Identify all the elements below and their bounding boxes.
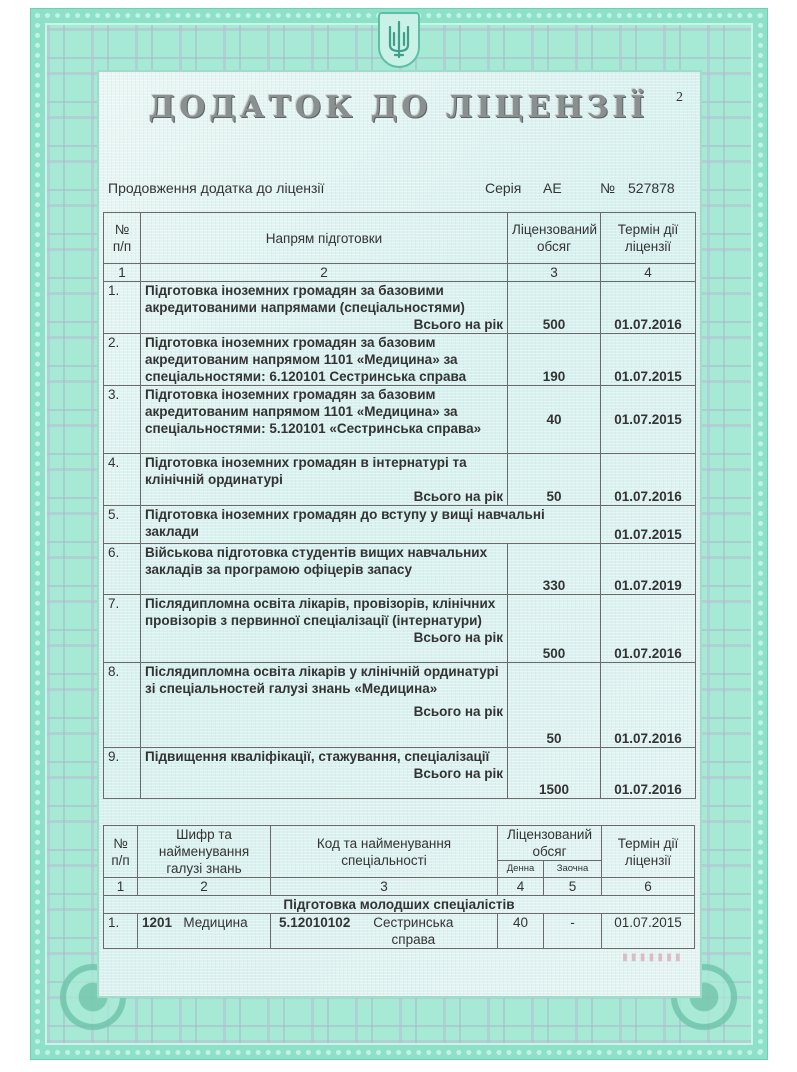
table-row: 8. Післядипломна освіта лікарів у клініч… xyxy=(104,663,696,748)
colnum: 6 xyxy=(602,878,695,896)
table-row: 7. Післядипломна освіта лікарів, провізо… xyxy=(104,595,696,663)
header-num: № п/п xyxy=(104,826,138,878)
row-field: 1201 Медицина xyxy=(138,914,271,949)
row-term: 01.07.2015 xyxy=(601,386,696,454)
column-number-row: 1 2 3 4 xyxy=(104,264,696,282)
row-num: 8. xyxy=(104,663,141,748)
printed-serial-stamp: ▮▮▮▮▮▮▮ xyxy=(620,950,682,965)
row-description: Післядипломна освіта лікарів, провізорів… xyxy=(141,595,508,663)
row-description-text: Післядипломна освіта лікарів, провізорів… xyxy=(145,596,495,628)
row-term: 01.07.2016 xyxy=(601,282,696,334)
row-term: 01.07.2015 xyxy=(601,506,696,544)
table-row: 3. Підготовка іноземних громадян за базо… xyxy=(104,386,696,454)
row-description: Підготовка іноземних громадян за базовим… xyxy=(141,282,508,334)
colnum: 4 xyxy=(498,878,544,896)
row-description: Підвищення кваліфікації, стажування, спе… xyxy=(141,748,508,799)
row-description: Підготовка іноземних громадян за базовим… xyxy=(141,334,508,386)
specialties-table: № п/п Шифр та найменування галузі знань … xyxy=(103,825,695,949)
table-row: 6. Військова підготовка студентів вищих … xyxy=(104,544,696,595)
row-specialty: 5.12010102 Сестринська справа xyxy=(271,914,498,949)
column-number-row: 1 2 3 4 5 6 xyxy=(104,878,695,896)
row-term: 01.07.2019 xyxy=(601,544,696,595)
colnum: 2 xyxy=(138,878,271,896)
colnum: 3 xyxy=(271,878,498,896)
field-code: 1201 xyxy=(142,915,172,930)
section-row: Підготовка молодших спеціалістів xyxy=(104,896,695,914)
table-row: 9. Підвищення кваліфікації, стажування, … xyxy=(104,748,696,799)
header-field: Шифр та найменування галузі знань xyxy=(138,826,271,878)
table-row: 1. 1201 Медицина 5.12010102 Сестринська … xyxy=(104,914,695,949)
table-row: 5. Підготовка іноземних громадян до всту… xyxy=(104,506,696,544)
row-description-text: Післядипломна освіта лікарів у клінічній… xyxy=(145,664,499,696)
row-term: 01.07.2016 xyxy=(601,663,696,748)
header-volume: Ліцензований обсяг xyxy=(508,213,601,264)
row-total-label: Всього на рік xyxy=(145,703,503,720)
row-num: 9. xyxy=(104,748,141,799)
field-name: Медицина xyxy=(183,915,247,930)
row-description: Підготовка іноземних громадян за базовим… xyxy=(141,386,508,454)
training-directions-table: № п/п Напрям підготовки Ліцензований обс… xyxy=(103,212,696,799)
header-term: Термін дії ліцензії xyxy=(602,826,695,878)
header-term: Термін дії ліцензії xyxy=(601,213,696,264)
table-row: 4. Підготовка іноземних громадян в інтер… xyxy=(104,454,696,506)
colnum: 5 xyxy=(544,878,602,896)
series-value: АЕ xyxy=(543,180,562,196)
table-header-row: № п/п Напрям підготовки Ліцензований обс… xyxy=(104,213,696,264)
row-description-text: Підготовка іноземних громадян в інтернат… xyxy=(145,455,467,487)
row-volume: 1500 xyxy=(508,748,601,799)
row-description: Військова підготовка студентів вищих нав… xyxy=(141,544,508,595)
row-term: 01.07.2016 xyxy=(601,454,696,506)
row-num: 4. xyxy=(104,454,141,506)
row-description: Підготовка іноземних громадян до вступу … xyxy=(141,506,601,544)
row-description: Підготовка іноземних громадян в інтернат… xyxy=(141,454,508,506)
specialty-code: 5.12010102 xyxy=(275,914,350,948)
row-volume: 500 xyxy=(508,595,601,663)
row-volume: 40 xyxy=(508,386,601,454)
table-row: 2. Підготовка іноземних громадян за базо… xyxy=(104,334,696,386)
row-num: 7. xyxy=(104,595,141,663)
row-volume-extramural: - xyxy=(544,914,602,949)
colnum: 1 xyxy=(104,878,138,896)
row-total-label: Всього на рік xyxy=(145,316,503,333)
page-number: 2 xyxy=(676,90,683,106)
row-total-label: Всього на рік xyxy=(145,629,503,646)
row-num: 5. xyxy=(104,506,141,544)
license-number: 527878 xyxy=(628,180,675,196)
row-num: 1. xyxy=(104,914,138,949)
row-volume: 500 xyxy=(508,282,601,334)
row-total-label: Всього на рік xyxy=(145,765,503,782)
row-term: 01.07.2016 xyxy=(601,595,696,663)
row-volume: 330 xyxy=(508,544,601,595)
colnum: 3 xyxy=(508,264,601,282)
number-label: № xyxy=(600,180,615,196)
specialty-name: Сестринська справа xyxy=(368,914,458,948)
row-total-label: Всього на рік xyxy=(145,488,503,505)
row-term: 01.07.2015 xyxy=(601,334,696,386)
colnum: 4 xyxy=(601,264,696,282)
table-header-row: № п/п Шифр та найменування галузі знань … xyxy=(104,826,695,861)
series-label: Серія xyxy=(485,180,521,196)
row-num: 2. xyxy=(104,334,141,386)
colnum: 1 xyxy=(104,264,141,282)
trident-icon xyxy=(384,19,414,61)
row-term: 01.07.2015 xyxy=(602,914,695,949)
header-direction: Напрям підготовки xyxy=(141,213,508,264)
row-volume: 50 xyxy=(508,663,601,748)
row-description-text: Підвищення кваліфікації, стажування, спе… xyxy=(145,749,489,764)
row-num: 1. xyxy=(104,282,141,334)
row-volume: 190 xyxy=(508,334,601,386)
row-num: 6. xyxy=(104,544,141,595)
header-volume: Ліцензований обсяг xyxy=(498,826,602,861)
header-num: № п/п xyxy=(104,213,141,264)
header-volume-day: Денна xyxy=(498,861,544,878)
row-volume-day: 40 xyxy=(498,914,544,949)
row-term: 01.07.2016 xyxy=(601,748,696,799)
colnum: 2 xyxy=(141,264,508,282)
header-specialty: Код та найменування спеціальності xyxy=(271,826,498,878)
table-row: 1. Підготовка іноземних громадян за базо… xyxy=(104,282,696,334)
section-title: Підготовка молодших спеціалістів xyxy=(104,896,695,914)
row-description-text: Підготовка іноземних громадян за базовим… xyxy=(145,283,465,315)
header-volume-extramural: Заочна xyxy=(544,861,602,878)
row-volume: 50 xyxy=(508,454,601,506)
row-num: 3. xyxy=(104,386,141,454)
trident-coat-of-arms-icon xyxy=(378,12,420,68)
continuation-label: Продовження додатка до ліцензії xyxy=(108,180,324,196)
row-description: Післядипломна освіта лікарів у клінічній… xyxy=(141,663,508,748)
